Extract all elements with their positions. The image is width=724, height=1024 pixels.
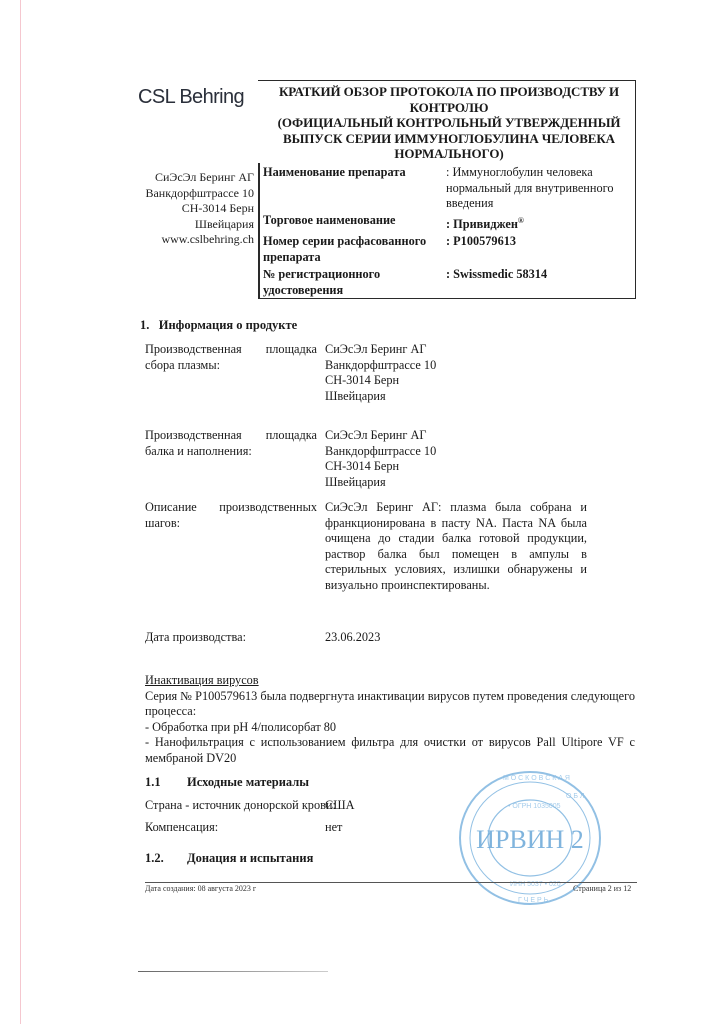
section-heading-1: 1. Информация о продукте <box>140 318 297 333</box>
section-heading-1-1: 1.1Исходные материалы <box>145 775 309 790</box>
bulk-filling-site-value: СиЭсЭл Беринг АГ Ванкдорфштрассе 10 CH-3… <box>325 428 575 490</box>
document-title: КРАТКИЙ ОБЗОР ПРОТОКОЛА ПО ПРОИЗВОДСТВУ … <box>266 84 632 162</box>
section-number: 1.2. <box>145 851 187 866</box>
section-heading-1-2: 1.2.Донация и испытания <box>145 851 313 866</box>
value-line: CH-3014 Берн <box>325 373 575 389</box>
svg-text:ИРВИН 2: ИРВИН 2 <box>476 825 584 854</box>
virus-step: - Обработка при pH 4/полисорбат 80 <box>145 720 635 736</box>
value-line: CH-3014 Берн <box>325 459 575 475</box>
address-line: CH-3014 Берн <box>132 201 254 217</box>
virus-inactivation: Инактивация вирусов Серия № P100579613 б… <box>145 673 635 766</box>
value-line: Швейцария <box>325 475 575 491</box>
title-line: КРАТКИЙ ОБЗОР ПРОТОКОЛА ПО ПРОИЗВОДСТВУ … <box>266 84 632 100</box>
company-logo: CSL Behring <box>138 86 244 109</box>
scan-artifact-line <box>138 971 328 972</box>
svg-text:М О С К О В С К А Я: М О С К О В С К А Я <box>503 775 570 782</box>
title-line: ВЫПУСК СЕРИИ ИММУНОГЛОБУЛИНА ЧЕЛОВЕКА <box>266 131 632 147</box>
field-value: : Иммуноглобулин человека нормальный для… <box>446 165 636 212</box>
production-date-value: 23.06.2023 <box>325 630 575 646</box>
field-value: : Swissmedic 58314 <box>446 267 636 283</box>
plasma-site-value: СиЭсЭл Беринг АГ Ванкдорфштрассе 10 CH-3… <box>325 342 575 404</box>
value-line: Швейцария <box>325 389 575 405</box>
value-line: СиЭсЭл Беринг АГ <box>325 428 575 444</box>
scan-edge <box>20 0 21 1024</box>
field-label: Наименование препарата <box>263 165 443 181</box>
svg-text:• ОГРН 1035005: • ОГРН 1035005 <box>508 803 561 810</box>
value-line: СиЭсЭл Беринг АГ <box>325 342 575 358</box>
plasma-site-label: Производственная площадка сбора плазмы: <box>145 342 317 373</box>
virus-inactivation-heading: Инактивация вирусов <box>145 673 635 689</box>
process-description-label: Описание производственных шагов: <box>145 500 317 531</box>
section-title: Исходные материалы <box>187 775 309 789</box>
title-line: НОРМАЛЬНОГО) <box>266 146 632 162</box>
value-line: Ванкдорфштрассе 10 <box>325 358 575 374</box>
title-line: (ОФИЦИАЛЬНЫЙ КОНТРОЛЬНЫЙ УТВЕРЖДЕННЫЙ <box>266 115 632 131</box>
field-label: Номер серии расфасованного препарата <box>263 234 443 265</box>
virus-step: - Нанофильтрация с использованием фильтр… <box>145 735 635 766</box>
field-label: Торговое наименование <box>263 213 443 229</box>
trade-name-text: : Привиджен <box>446 217 518 231</box>
address-line: Швейцария <box>132 217 254 233</box>
compensation-label: Компенсация: <box>145 820 218 836</box>
virus-inactivation-intro: Серия № P100579613 была подвергнута инак… <box>145 689 635 720</box>
svg-text:О Б Л: О Б Л <box>566 793 585 800</box>
page-number: Страница 2 из 12 <box>573 884 631 893</box>
field-value: : P100579613 <box>446 234 636 250</box>
footer-divider <box>145 882 637 883</box>
production-date-label: Дата производства: <box>145 630 317 646</box>
value-line: Ванкдорфштрассе 10 <box>325 444 575 460</box>
address-line: Ванкдорфштрассе 10 <box>132 186 254 202</box>
bulk-filling-site-label: Производственная площадка балка и наполн… <box>145 428 317 459</box>
section-number: 1.1 <box>145 775 187 790</box>
svg-text:Г Ч Е Р Ь: Г Ч Е Р Ь <box>518 897 549 904</box>
field-label: № регистрационного удостоверения <box>263 267 443 298</box>
registered-mark: ® <box>518 216 524 225</box>
creation-date: Дата создания: 08 августа 2023 г <box>145 884 256 893</box>
process-description-value: СиЭсЭл Беринг АГ: плазма была собрана и … <box>325 500 587 593</box>
address-line: СиЭсЭл Беринг АГ <box>132 170 254 186</box>
address-line: www.cslbehring.ch <box>132 232 254 248</box>
title-line: КОНТРОЛЮ <box>266 100 632 116</box>
field-value: : Привиджен® <box>446 213 636 233</box>
company-address: СиЭсЭл Беринг АГ Ванкдорфштрассе 10 CH-3… <box>132 170 254 248</box>
section-title: Донация и испытания <box>187 851 313 865</box>
donor-country-label: Страна - источник донорской крови: <box>145 798 336 814</box>
header-box-left-border <box>258 163 260 299</box>
